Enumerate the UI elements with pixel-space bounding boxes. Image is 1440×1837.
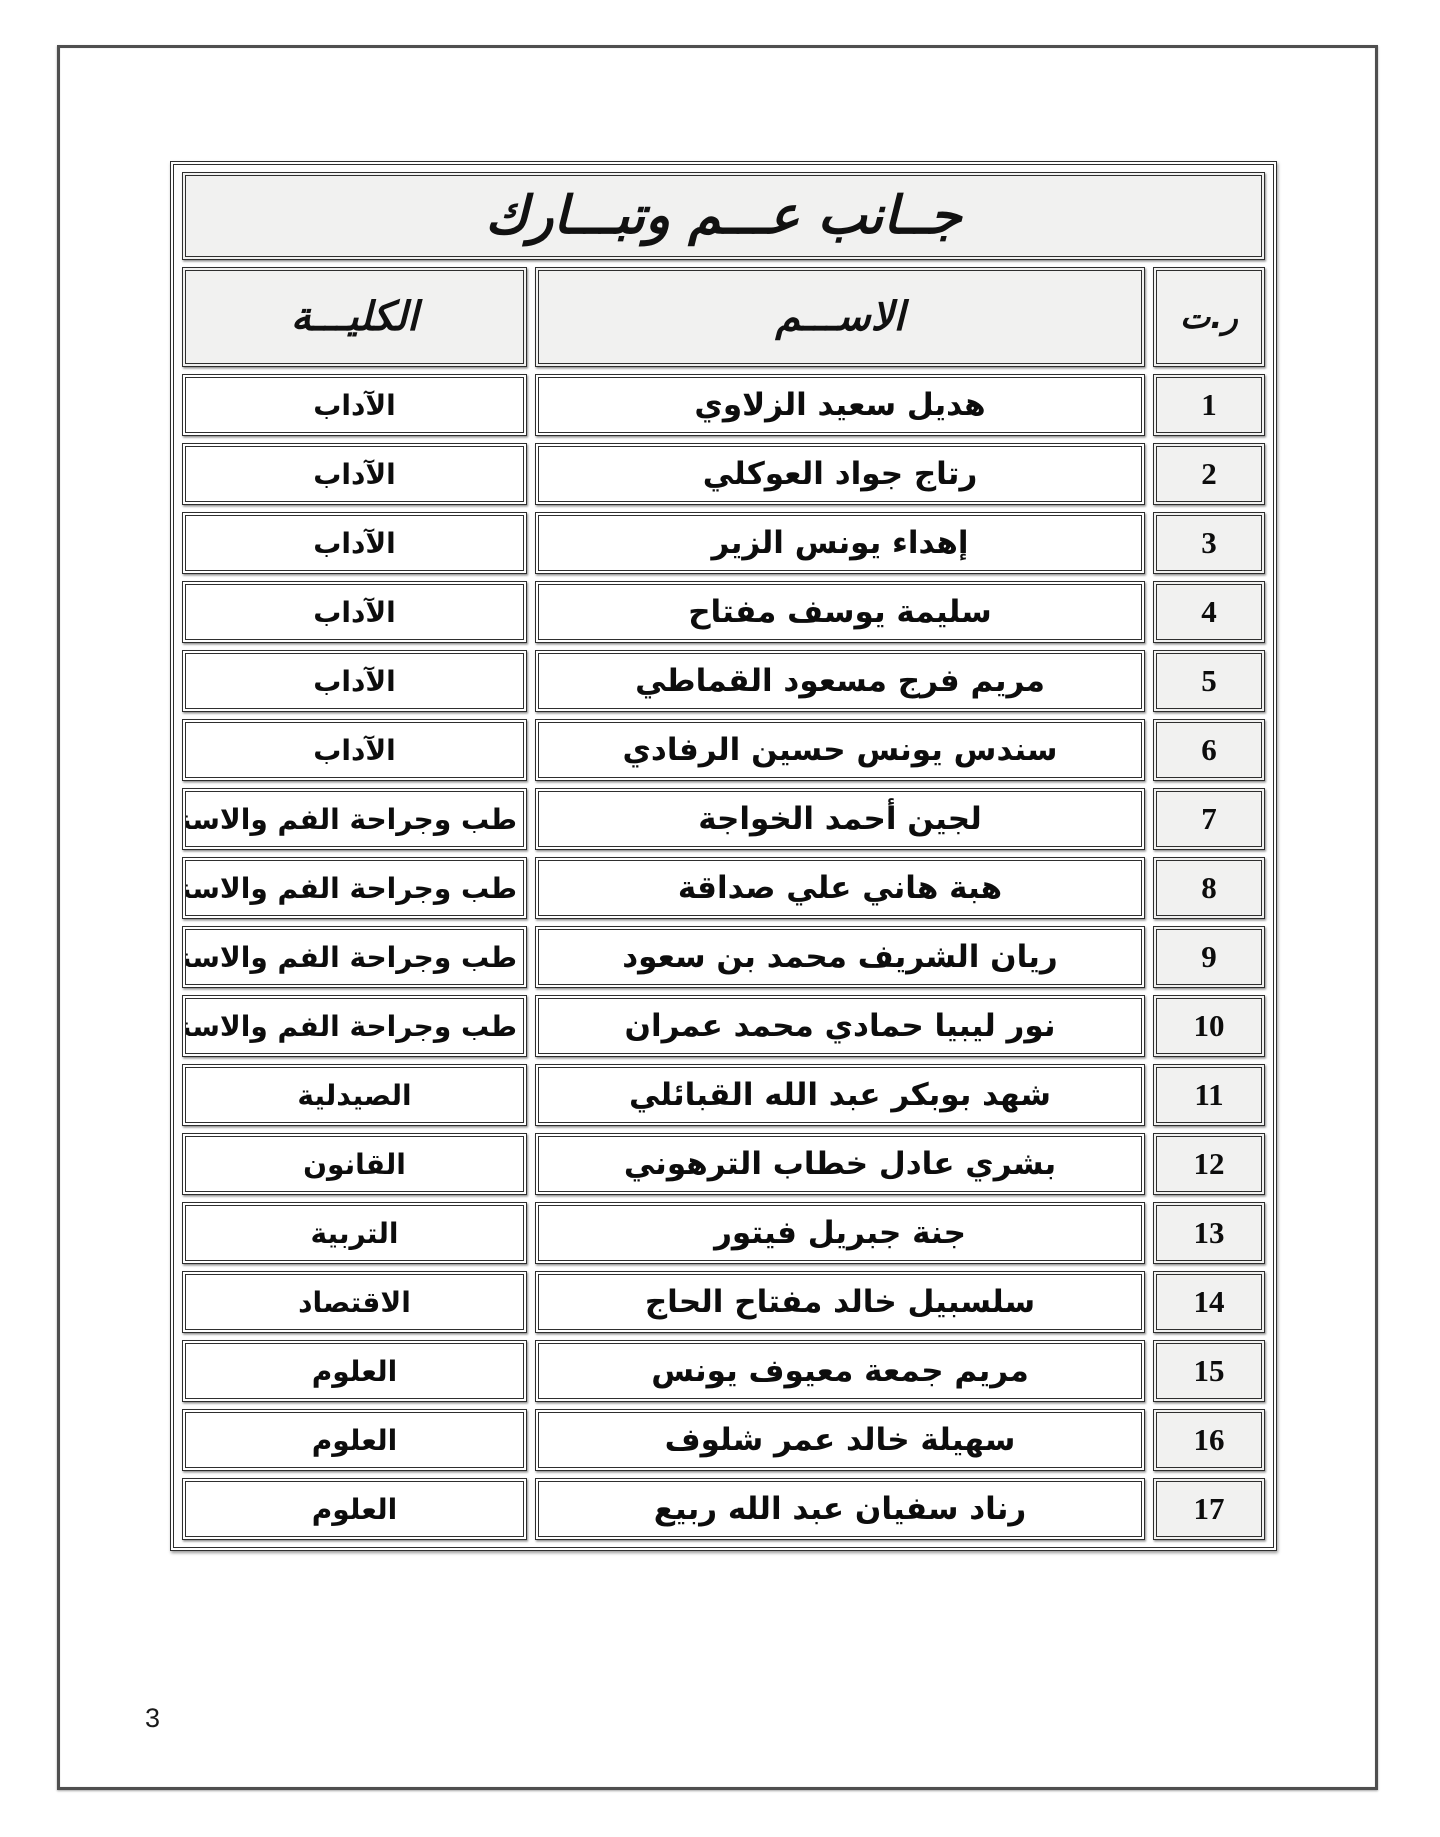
cell-student-name: بشري عادل خطاب الترهوني bbox=[535, 1133, 1145, 1195]
cell-serial-number: 9 bbox=[1153, 926, 1265, 988]
header-name: الاســـم bbox=[535, 267, 1145, 367]
table-row: 1 هديل سعيد الزلاوي الآداب bbox=[182, 374, 1265, 436]
table-row: 17 رناد سفيان عبد الله ربيع العلوم bbox=[182, 1478, 1265, 1540]
cell-student-name: هديل سعيد الزلاوي bbox=[535, 374, 1145, 436]
cell-student-name: هبة هاني علي صداقة bbox=[535, 857, 1145, 919]
cell-college-name: طب وجراحة الفم والاسنان bbox=[182, 926, 527, 988]
cell-college-name: الآداب bbox=[182, 374, 527, 436]
cell-serial-number: 1 bbox=[1153, 374, 1265, 436]
table-row: 10 نور ليبيا حمادي محمد عمران طب وجراحة … bbox=[182, 995, 1265, 1057]
banner-row: جــانب عـــم وتبـــارك bbox=[182, 172, 1265, 260]
cell-student-name: سليمة يوسف مفتاح bbox=[535, 581, 1145, 643]
cell-serial-number: 4 bbox=[1153, 581, 1265, 643]
cell-student-name: مريم جمعة معيوف يونس bbox=[535, 1340, 1145, 1402]
cell-serial-number: 2 bbox=[1153, 443, 1265, 505]
cell-serial-number: 13 bbox=[1153, 1202, 1265, 1264]
cell-serial-number: 5 bbox=[1153, 650, 1265, 712]
cell-college-name: القانون bbox=[182, 1133, 527, 1195]
page-number: 3 bbox=[145, 1703, 160, 1734]
table-row: 8 هبة هاني علي صداقة طب وجراحة الفم والا… bbox=[182, 857, 1265, 919]
page-border-frame: جــانب عـــم وتبـــارك ر.ت الاســـم الكل… bbox=[57, 45, 1378, 1790]
table-row: 15 مريم جمعة معيوف يونس العلوم bbox=[182, 1340, 1265, 1402]
cell-serial-number: 14 bbox=[1153, 1271, 1265, 1333]
cell-student-name: مريم فرج مسعود القماطي bbox=[535, 650, 1145, 712]
table-row: 11 شهد بوبكر عبد الله القبائلي الصيدلية bbox=[182, 1064, 1265, 1126]
table-row: 6 سندس يونس حسين الرفادي الآداب bbox=[182, 719, 1265, 781]
cell-college-name: الصيدلية bbox=[182, 1064, 527, 1126]
table-row: 5 مريم فرج مسعود القماطي الآداب bbox=[182, 650, 1265, 712]
cell-college-name: الآداب bbox=[182, 443, 527, 505]
cell-college-name: الآداب bbox=[182, 581, 527, 643]
cell-college-name: التربية bbox=[182, 1202, 527, 1264]
cell-college-name: العلوم bbox=[182, 1409, 527, 1471]
cell-college-name: طب وجراحة الفم والاسنان bbox=[182, 788, 527, 850]
cell-student-name: نور ليبيا حمادي محمد عمران bbox=[535, 995, 1145, 1057]
table-row: 3 إهداء يونس الزير الآداب bbox=[182, 512, 1265, 574]
cell-college-name: الآداب bbox=[182, 512, 527, 574]
cell-student-name: رناد سفيان عبد الله ربيع bbox=[535, 1478, 1145, 1540]
table-row: 4 سليمة يوسف مفتاح الآداب bbox=[182, 581, 1265, 643]
cell-student-name: شهد بوبكر عبد الله القبائلي bbox=[535, 1064, 1145, 1126]
cell-serial-number: 7 bbox=[1153, 788, 1265, 850]
cell-serial-number: 11 bbox=[1153, 1064, 1265, 1126]
cell-student-name: رتاج جواد العوكلي bbox=[535, 443, 1145, 505]
cell-student-name: سندس يونس حسين الرفادي bbox=[535, 719, 1145, 781]
cell-student-name: ريان الشريف محمد بن سعود bbox=[535, 926, 1145, 988]
cell-college-name: طب وجراحة الفم والاسنان bbox=[182, 995, 527, 1057]
cell-serial-number: 17 bbox=[1153, 1478, 1265, 1540]
cell-student-name: سلسبيل خالد مفتاح الحاج bbox=[535, 1271, 1145, 1333]
students-table: جــانب عـــم وتبـــارك ر.ت الاســـم الكل… bbox=[174, 165, 1273, 1547]
header-serial: ر.ت bbox=[1153, 267, 1265, 367]
cell-college-name: الآداب bbox=[182, 650, 527, 712]
banner-calligraphy-title: جــانب عـــم وتبـــارك bbox=[182, 172, 1265, 260]
cell-college-name: طب وجراحة الفم والاسنان bbox=[182, 857, 527, 919]
table-row: 13 جنة جبريل فيتور التربية bbox=[182, 1202, 1265, 1264]
cell-serial-number: 15 bbox=[1153, 1340, 1265, 1402]
cell-student-name: إهداء يونس الزير bbox=[535, 512, 1145, 574]
cell-college-name: العلوم bbox=[182, 1340, 527, 1402]
table-row: 2 رتاج جواد العوكلي الآداب bbox=[182, 443, 1265, 505]
table-row: 12 بشري عادل خطاب الترهوني القانون bbox=[182, 1133, 1265, 1195]
cell-serial-number: 16 bbox=[1153, 1409, 1265, 1471]
header-row: ر.ت الاســـم الكليـــة bbox=[182, 267, 1265, 367]
cell-college-name: الاقتصاد bbox=[182, 1271, 527, 1333]
cell-college-name: الآداب bbox=[182, 719, 527, 781]
cell-college-name: العلوم bbox=[182, 1478, 527, 1540]
table-row: 14 سلسبيل خالد مفتاح الحاج الاقتصاد bbox=[182, 1271, 1265, 1333]
header-college: الكليـــة bbox=[182, 267, 527, 367]
table-row: 9 ريان الشريف محمد بن سعود طب وجراحة الف… bbox=[182, 926, 1265, 988]
cell-serial-number: 6 bbox=[1153, 719, 1265, 781]
cell-serial-number: 8 bbox=[1153, 857, 1265, 919]
table-row: 16 سهيلة خالد عمر شلوف العلوم bbox=[182, 1409, 1265, 1471]
cell-student-name: جنة جبريل فيتور bbox=[535, 1202, 1145, 1264]
students-table-wrapper: جــانب عـــم وتبـــارك ر.ت الاســـم الكل… bbox=[170, 161, 1277, 1551]
cell-serial-number: 10 bbox=[1153, 995, 1265, 1057]
cell-student-name: سهيلة خالد عمر شلوف bbox=[535, 1409, 1145, 1471]
table-row: 7 لجين أحمد الخواجة طب وجراحة الفم والاس… bbox=[182, 788, 1265, 850]
cell-serial-number: 3 bbox=[1153, 512, 1265, 574]
table-body: 1 هديل سعيد الزلاوي الآداب 2 رتاج جواد ا… bbox=[182, 374, 1265, 1540]
cell-student-name: لجين أحمد الخواجة bbox=[535, 788, 1145, 850]
cell-serial-number: 12 bbox=[1153, 1133, 1265, 1195]
